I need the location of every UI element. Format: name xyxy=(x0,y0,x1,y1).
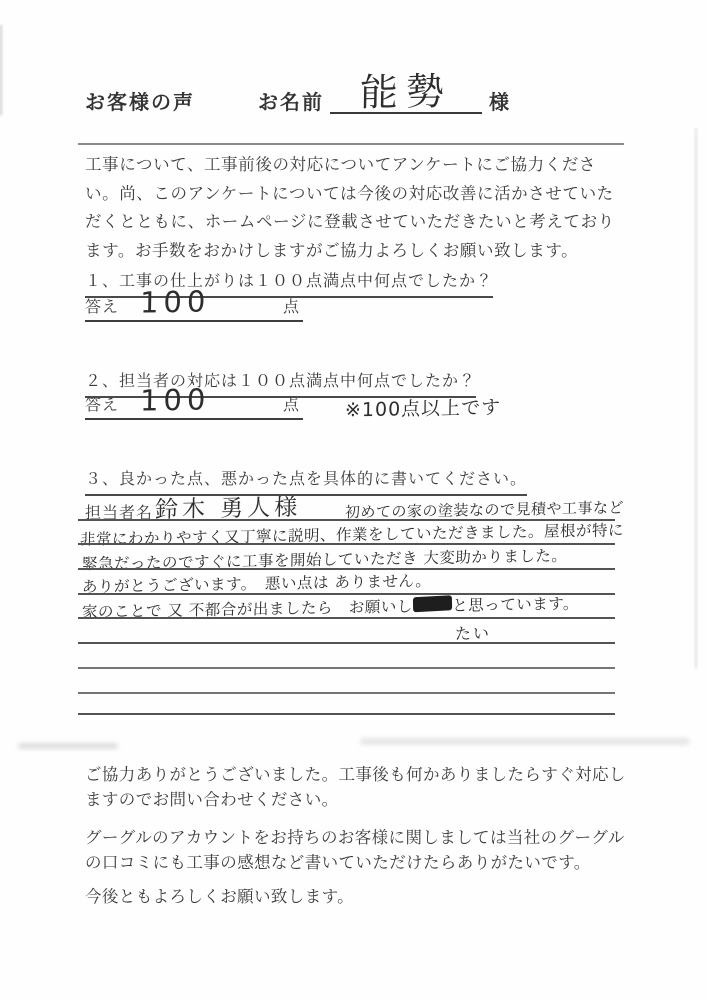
scan-artifact-right-edge xyxy=(695,128,697,668)
response-line-5-suffix: と思っています。 xyxy=(452,595,579,615)
footer-paragraph-3: 今後ともよろしくお願い致します。 xyxy=(85,885,630,910)
points-unit-1: 点 xyxy=(283,294,299,317)
scan-artifact-smudge-left xyxy=(18,743,118,749)
name-label: お名前 xyxy=(258,86,324,115)
ruled-line-7 xyxy=(78,667,615,669)
header-divider xyxy=(78,143,624,145)
ruled-line-2 xyxy=(78,543,615,545)
ruled-line-8 xyxy=(78,692,615,694)
scan-artifact-smudge-right xyxy=(360,738,690,745)
points-unit-2: 点 xyxy=(283,392,299,415)
correction-handwritten: たい xyxy=(455,621,491,645)
name-field-underline: 能勢 xyxy=(330,70,482,114)
answer-label-1: 答え xyxy=(85,294,119,317)
ruled-line-9 xyxy=(78,713,615,715)
footer-paragraph-1: ご協力ありがとうございました。工事後も何かありましたらすぐ対応しますのでお問い合… xyxy=(85,763,630,813)
question-3-label: ３、良かった点、悪かった点を具体的に書いてください。 xyxy=(85,466,527,496)
ruled-line-4 xyxy=(78,593,615,595)
question-1-answer-line: 答え 100 点 xyxy=(85,292,303,322)
footer-paragraph-2: グーグルのアカウントをお持ちのお客様に関しましては当社のグーグルの口コミにも工事… xyxy=(85,826,630,876)
ruled-line-5 xyxy=(78,617,615,619)
answer-label-2: 答え xyxy=(85,392,119,415)
scan-artifact-left-edge xyxy=(0,25,2,115)
honorific-label: 様 xyxy=(489,86,509,115)
question-2-note-handwritten: ※100点以上です xyxy=(345,393,502,423)
question-2-answer-line: 答え 100 点 xyxy=(85,390,303,420)
question-2-score-handwritten: 100 xyxy=(140,382,211,417)
ruled-line-1 xyxy=(78,519,615,521)
intro-paragraph: 工事について、工事前後の対応についてアンケートにご協力ください。尚、このアンケー… xyxy=(85,151,625,265)
survey-document: お客様の声 お名前 能勢 様 工事について、工事前後の対応についてアンケートにご… xyxy=(0,0,707,1000)
ruled-line-6 xyxy=(78,642,615,644)
scribbled-out-text: ■■■■ xyxy=(413,595,453,612)
question-1-score-handwritten: 100 xyxy=(140,284,211,319)
page-title: お客様の声 xyxy=(85,86,195,115)
ruled-line-3 xyxy=(78,568,615,570)
customer-name-handwritten: 能勢 xyxy=(360,71,453,113)
